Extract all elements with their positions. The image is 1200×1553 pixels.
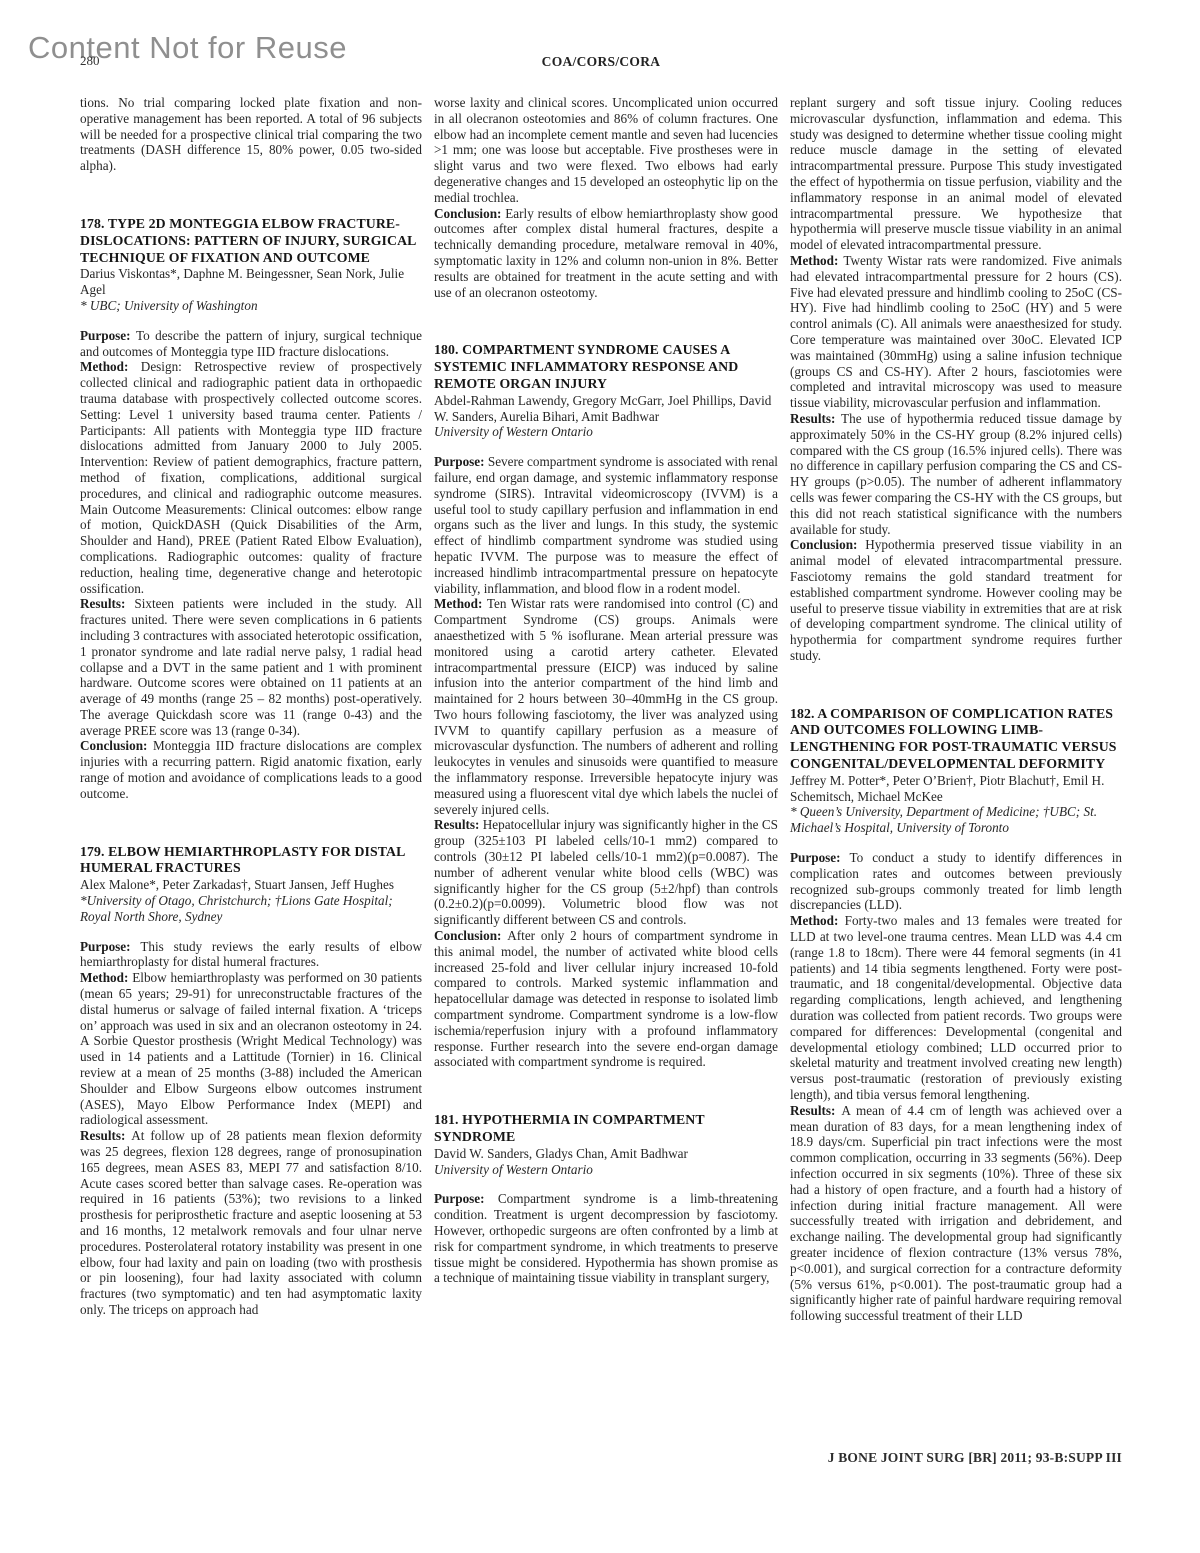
section-label: Purpose:	[790, 850, 850, 865]
section-label: Purpose:	[80, 328, 136, 343]
section-paragraph: Purpose: To conduct a study to identify …	[790, 850, 1122, 913]
section-label: Conclusion:	[790, 537, 865, 552]
abstract-title: 180. COMPARTMENT SYNDROME CAUSES A SYSTE…	[434, 342, 778, 392]
spacer	[790, 836, 1122, 850]
section-label: Results:	[80, 596, 134, 611]
section-paragraph: Purpose: To describe the pattern of inju…	[80, 328, 422, 360]
abstract-title: 181. HYPOTHERMIA IN COMPARTMENT SYNDROME	[434, 1112, 778, 1146]
abstract-affiliation: * Queen’s University, Department of Medi…	[790, 804, 1122, 836]
section-paragraph: Results: The use of hypothermia reduced …	[790, 411, 1122, 537]
section-label: Conclusion:	[434, 928, 507, 943]
section-label: Method:	[790, 253, 843, 268]
abstract-affiliation: * UBC; University of Washington	[80, 298, 422, 314]
running-header: COA/CORS/CORA	[80, 54, 1122, 70]
section-label: Conclusion:	[434, 206, 505, 221]
spacer	[80, 174, 422, 216]
abstract-title: 182. A COMPARISON OF COMPLICATION RATES …	[790, 706, 1122, 773]
section-label: Conclusion:	[80, 738, 153, 753]
section-label: Method:	[790, 913, 845, 928]
section-label: Purpose:	[434, 454, 488, 469]
body-paragraph: worse laxity and clinical scores. Uncomp…	[434, 95, 778, 206]
abstract-affiliation: University of Western Ontario	[434, 1162, 778, 1178]
section-paragraph: Results: A mean of 4.4 cm of length was …	[790, 1103, 1122, 1324]
section-paragraph: Purpose: Severe compartment syndrome is …	[434, 454, 778, 596]
spacer	[434, 300, 778, 342]
section-paragraph: Conclusion: Early results of elbow hemia…	[434, 206, 778, 301]
section-paragraph: Method: Twenty Wistar rats were randomiz…	[790, 253, 1122, 411]
body-paragraph: replant surgery and soft tissue injury. …	[790, 95, 1122, 253]
section-paragraph: Method: Ten Wistar rats were randomised …	[434, 596, 778, 817]
section-label: Results:	[434, 817, 483, 832]
body-paragraph: tions. No trial comparing locked plate f…	[80, 95, 422, 174]
spacer	[80, 314, 422, 328]
journal-footer: J BONE JOINT SURG [BR] 2011; 93-B:SUPP I…	[80, 1450, 1122, 1466]
spacer	[434, 440, 778, 454]
section-label: Method:	[80, 359, 141, 374]
section-label: Purpose:	[80, 939, 140, 954]
column-3: replant surgery and soft tissue injury. …	[790, 95, 1122, 1324]
section-label: Method:	[80, 970, 132, 985]
section-paragraph: Results: Hepatocellular injury was signi…	[434, 817, 778, 928]
spacer	[790, 664, 1122, 706]
section-label: Results:	[80, 1128, 131, 1143]
abstract-authors: Alex Malone*, Peter Zarkadas†, Stuart Ja…	[80, 877, 422, 893]
spacer	[434, 1177, 778, 1191]
abstract-authors: Jeffrey M. Potter*, Peter O’Brien†, Piot…	[790, 773, 1122, 805]
section-paragraph: Method: Elbow hemiarthroplasty was perfo…	[80, 970, 422, 1128]
abstract-affiliation: *University of Otago, Christchurch; †Lio…	[80, 893, 422, 925]
section-paragraph: Purpose: This study reviews the early re…	[80, 939, 422, 971]
section-paragraph: Conclusion: Monteggia IID fracture dislo…	[80, 738, 422, 801]
section-paragraph: Purpose: Compartment syndrome is a limb-…	[434, 1191, 778, 1286]
section-label: Method:	[434, 596, 487, 611]
section-paragraph: Results: Sixteen patients were included …	[80, 596, 422, 738]
spacer	[80, 925, 422, 939]
section-label: Results:	[790, 411, 841, 426]
spacer	[80, 802, 422, 844]
section-paragraph: Conclusion: After only 2 hours of compar…	[434, 928, 778, 1070]
abstract-authors: Abdel-Rahman Lawendy, Gregory McGarr, Jo…	[434, 393, 778, 425]
section-label: Purpose:	[434, 1191, 498, 1206]
abstract-title: 179. ELBOW HEMIARTHROPLASTY FOR DISTAL H…	[80, 844, 422, 878]
abstract-authors: Darius Viskontas*, Daphne M. Beingessner…	[80, 266, 422, 298]
section-paragraph: Method: Design: Retrospective review of …	[80, 359, 422, 596]
abstract-authors: David W. Sanders, Gladys Chan, Amit Badh…	[434, 1146, 778, 1162]
section-paragraph: Conclusion: Hypothermia preserved tissue…	[790, 537, 1122, 663]
spacer	[434, 1070, 778, 1112]
section-paragraph: Method: Forty-two males and 13 females w…	[790, 913, 1122, 1103]
column-1: tions. No trial comparing locked plate f…	[80, 95, 422, 1324]
section-paragraph: Results: At follow up of 28 patients mea…	[80, 1128, 422, 1318]
column-2: worse laxity and clinical scores. Uncomp…	[434, 95, 778, 1324]
abstract-columns: tions. No trial comparing locked plate f…	[80, 95, 1122, 1324]
abstract-title: 178. TYPE 2D MONTEGGIA ELBOW FRACTURE-DI…	[80, 216, 422, 266]
section-label: Results:	[790, 1103, 841, 1118]
abstract-affiliation: University of Western Ontario	[434, 424, 778, 440]
